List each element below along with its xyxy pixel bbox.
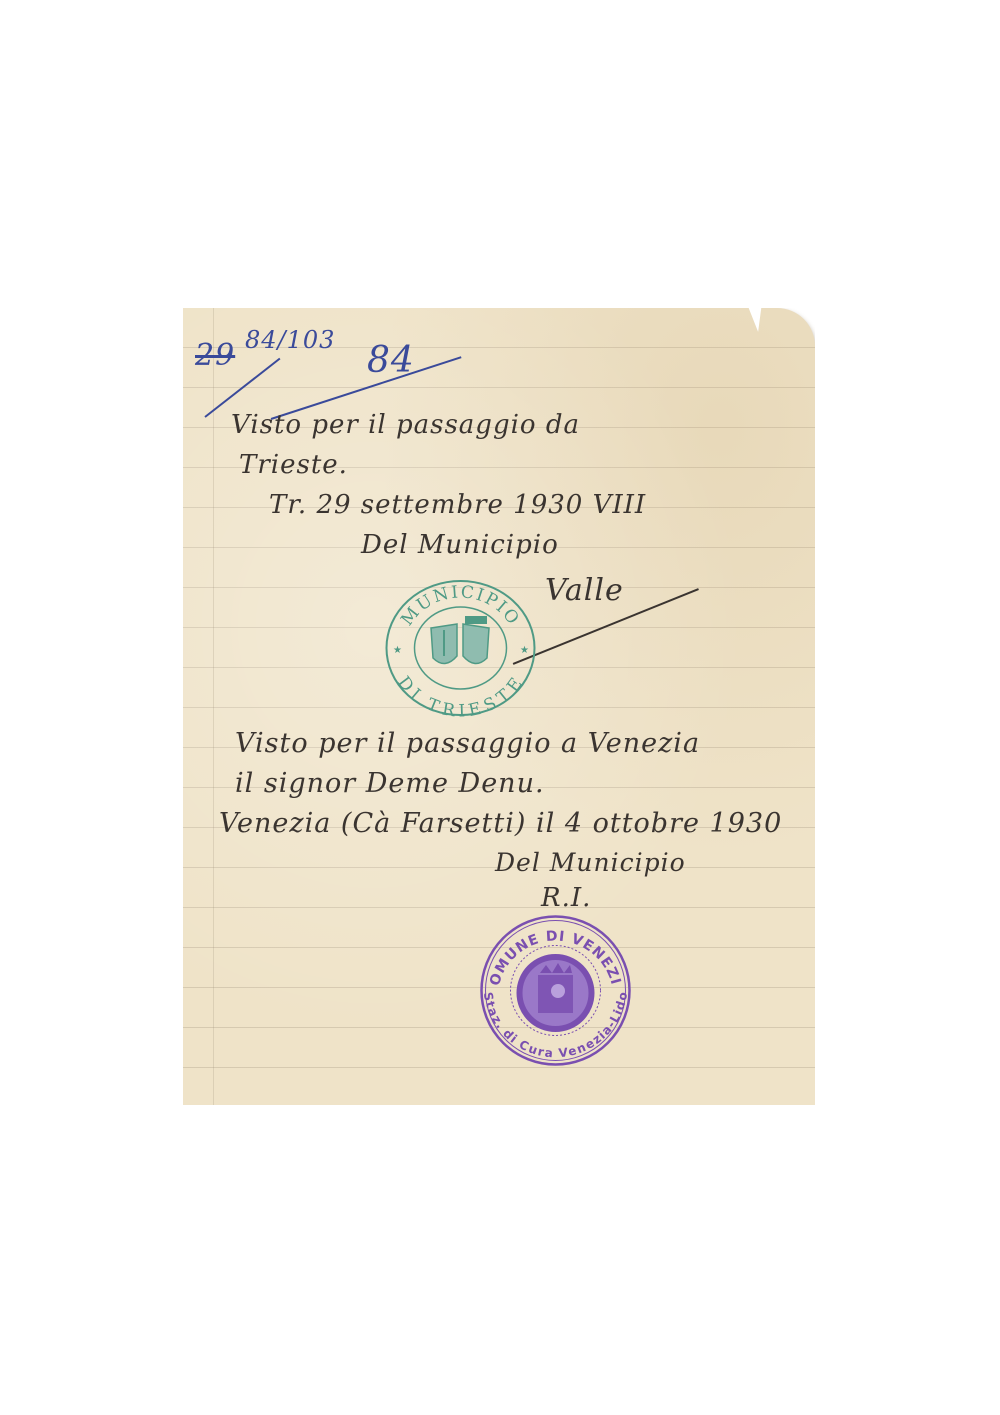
document-paper: 29 84/103 84 Visto per il passaggio da T… (183, 308, 815, 1105)
trieste-visa-line-1: Visto per il passaggio da (231, 410, 580, 440)
lion-emblem-icon (520, 957, 592, 1029)
venezia-date-line: Venezia (Cà Farsetti) il 4 ottobre 1930 (219, 808, 782, 839)
svg-text:★: ★ (520, 645, 529, 656)
trieste-signature: Valle (545, 573, 624, 608)
venezia-municipal-stamp: COMUNE DI VENEZIA Staz. di Cura Venezia-… (478, 913, 633, 1068)
trieste-municipal-stamp: MUNICIPIO DI TRIESTE ★ ★ (383, 578, 538, 718)
coat-of-arms-icon (431, 616, 489, 664)
venezia-visa-line-2: il signor Deme Denu. (235, 768, 545, 799)
venezia-initials: R.I. (541, 883, 591, 913)
venezia-visa-line-1: Visto per il passaggio a Venezia (235, 728, 700, 759)
crossed-number: 29 (195, 338, 235, 373)
trieste-date-line: Tr. 29 settembre 1930 VIII (269, 490, 646, 520)
venezia-signatory-line: Del Municipio (495, 848, 686, 877)
trieste-signatory-line: Del Municipio (361, 530, 559, 560)
trieste-stamp-top-text: MUNICIPIO (397, 582, 523, 630)
trieste-stamp-bottom-text: DI TRIESTE (393, 673, 528, 718)
svg-text:DI TRIESTE: DI TRIESTE (393, 673, 528, 718)
file-number: 84/103 (245, 326, 335, 354)
svg-text:★: ★ (393, 645, 402, 656)
trieste-visa-line-2: Trieste. (239, 450, 348, 480)
svg-text:MUNICIPIO: MUNICIPIO (397, 582, 523, 630)
margin-rule (213, 308, 214, 1105)
